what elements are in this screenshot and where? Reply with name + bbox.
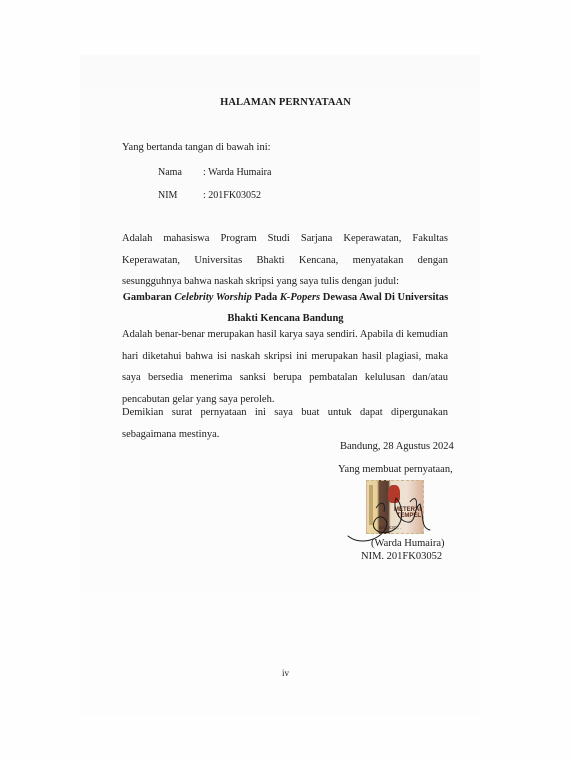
revenue-stamp: METERAI TEMPEL BALX30... [366,480,424,534]
field-nama: Nama: Warda Humaira [158,167,271,178]
document-page: HALAMAN PERNYATAAN Yang bertanda tangan … [0,0,571,760]
signer-label: Yang membuat pernyataan, [338,464,453,475]
thesis-title-italic: Celebrity Worship [174,292,252,303]
signer-nim: NIM. 201FK03052 [361,551,442,562]
closing-paragraph: Demikian surat pernyataan ini saya buat … [122,402,448,445]
garuda-emblem-icon [388,485,400,503]
thesis-title-text: Gambaran [123,292,175,303]
thesis-title: Gambaran Celebrity Worship Pada K-Popers… [110,287,461,329]
intro-text: Yang bertanda tangan di bawah ini: [122,142,271,153]
field-label: NIM [158,190,203,201]
stamp-label: METERAI TEMPEL [394,507,421,519]
originality-text: Adalah benar-benar merupakan hasil karya… [122,324,448,410]
closing-text: Demikian surat pernyataan ini saya buat … [122,402,448,445]
page-number: iv [0,668,571,678]
thesis-title-text: Dewasa Awal Di Universitas [320,292,448,303]
originality-paragraph: Adalah benar-benar merupakan hasil karya… [122,324,448,410]
statement-paragraph: Adalah mahasiswa Program Studi Sarjana K… [122,228,448,293]
place-date: Bandung, 28 Agustus 2024 [340,441,454,452]
field-value: : Warda Humaira [203,167,271,178]
thesis-title-italic: K-Popers [280,292,320,303]
signer-name: (Warda Humaira) [371,538,445,549]
field-label: Nama [158,167,203,178]
thesis-title-text: Pada [252,292,280,303]
field-nim: NIM: 201FK03052 [158,190,261,201]
thesis-title-line2: Bhakti Kencana Bandung [227,313,343,324]
stamp-label-line2: TEMPEL [397,513,421,519]
page-title: HALAMAN PERNYATAAN [0,97,571,108]
statement-text: Adalah mahasiswa Program Studi Sarjana K… [122,228,448,293]
stamp-serial: BALX30... [379,525,401,530]
field-value: : 201FK03052 [203,190,261,201]
stamp-border-strip [369,485,373,525]
